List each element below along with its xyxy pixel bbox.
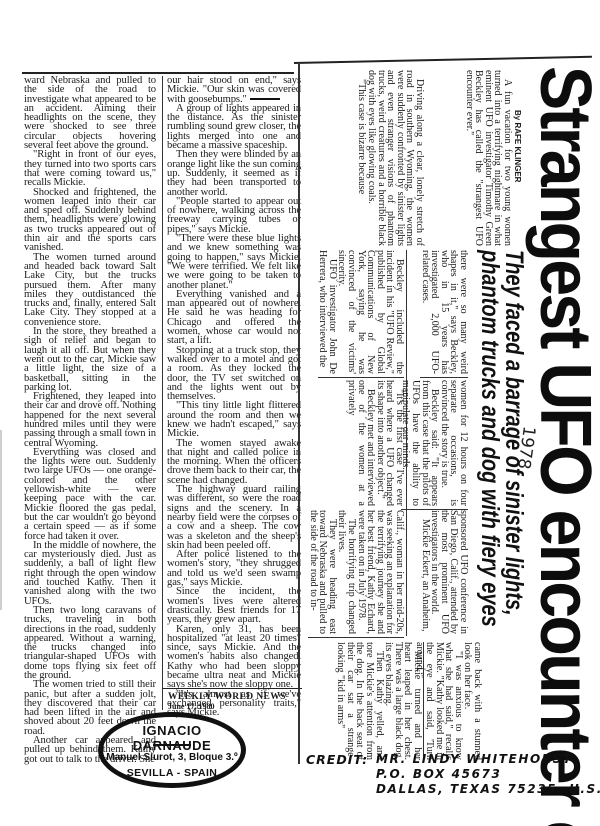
credit-line-name: MR. LINDY WHITEHORST (376, 752, 573, 766)
rotated-column-1-body: Driving along a clear, lonely stretch of… (357, 70, 424, 246)
paragraph: The women stayed awake that night and ca… (167, 439, 301, 485)
ownership-stamp: IGNACIO DARNAUDE Manuel Siurot, 3, Bloqu… (98, 712, 246, 788)
paragraph: our hair stood on end," says Mickie. "Ou… (167, 76, 301, 104)
credit-line-pobox: P.O. BOX 45673 (376, 767, 501, 781)
paragraph: In the store, they breathed a sigh of re… (24, 327, 156, 392)
paragraph: They were heading east toward Nebraska a… (308, 510, 337, 634)
rotated-column-4-top: sponsored UFO conference in San Diego, C… (420, 510, 468, 634)
paragraph: Then two long caravans of trucks, travel… (24, 606, 156, 680)
headline-top-rule (294, 56, 592, 64)
column-separator (423, 642, 424, 760)
paragraph: The horrifying trip changed their lives. (337, 510, 356, 634)
paragraph: Frightened, they leaped into their car a… (24, 392, 156, 448)
paragraph: Driving along a clear, lonely stretch of… (366, 70, 424, 246)
stamp-address: Manuel Siurot, 3, Bloque 3.º (103, 752, 241, 763)
headline: Strangest UFO encounter ever (530, 66, 600, 701)
deck-line-2: phantom trucks and dog with fiery eyes (478, 250, 502, 666)
publication-footer: WEEKLY WORLD NEWS June 17, 1980 (162, 688, 302, 710)
paragraph: In the middle of nowhere, the car myster… (24, 541, 156, 606)
paragraph: Beckley said: "It appears from this case… (401, 380, 439, 506)
paragraph: Mickie turned and her heart leaped in he… (384, 642, 422, 760)
deck-subheadline: They faced a barrage of sinister lights,… (478, 250, 526, 666)
rotated-column-5-bottom: Mickie turned and her heart leaped in he… (336, 642, 422, 760)
paragraph: The women turned around and headed back … (24, 253, 156, 327)
paragraph: Beckley met and interviewed one of the w… (346, 380, 375, 506)
rotated-column-3-top: women for 12 hours on four separate occa… (401, 380, 468, 510)
credit-line-city: DALLAS, TEXAS 75235. U.S. (376, 782, 600, 796)
paragraph: The highway guard railing was different,… (167, 485, 301, 550)
paragraph: Calif., woman in her mid-20s, was seekin… (356, 510, 404, 634)
paragraph: UFO investigator John De Herrera, who in… (318, 250, 337, 374)
paragraph: sponsored UFO conference in San Diego, C… (430, 510, 468, 634)
paragraph: "Right in front of our eyes, they turned… (24, 150, 156, 187)
paragraph: A fun vacation for two young women turne… (464, 70, 512, 246)
paragraph: "There were these blue lights and we kne… (167, 234, 301, 290)
rotated-column-3-bottom: "It's the first case I've ever heard whe… (346, 380, 404, 506)
paragraph: "This case is bizarre because (357, 70, 367, 246)
paragraph: Karen, only 31, has been hospitalized "a… (167, 625, 301, 690)
paragraph: Then Kathy yelled, and tore Mickie's att… (336, 642, 384, 760)
paragraph: "People started to appear out of nowhere… (167, 197, 301, 234)
stamp-divider (153, 744, 191, 746)
paragraph: came back with a stunned look on her fac… (463, 642, 482, 760)
rotated-column-5-top: came back with a stunned look on her fac… (415, 642, 482, 760)
paragraph: Shocked and frightened, the women leaped… (24, 188, 156, 253)
paragraph: there were so many weird shapes in it," … (420, 250, 468, 374)
paragraph: Then they were blinded by an orange ligh… (167, 150, 301, 196)
rotated-column-2-bottom: Beckley included the incident in his "UF… (318, 250, 404, 378)
credit-label: CREDIT: (306, 752, 368, 767)
paragraph: A group of lights appeared in the distan… (167, 104, 301, 150)
paragraph: Stopping at a truck stop, they walked ov… (167, 346, 301, 402)
rotated-bottom-rule (299, 64, 301, 764)
paragraph: women for 12 hours on four separate occa… (439, 380, 468, 506)
publication-date: June 17, 1980 (168, 702, 302, 711)
article-column-2: our hair stood on end," says Mickie. "Ou… (162, 76, 301, 690)
stamp-name: IGNACIO DARNAUDE (103, 723, 241, 753)
stamp-city: SEVILLA - SPAIN (103, 767, 241, 779)
scan-edge-shadow (0, 430, 2, 610)
article-column-1: ward Nebraska and pulled to the side of … (24, 76, 156, 764)
rotated-column-4-bottom: Calif., woman in her mid-20s, was seekin… (308, 510, 404, 638)
paragraph: Everything vanished and a man appeared o… (167, 290, 301, 346)
underline-mark (250, 98, 280, 100)
paragraph: ward Nebraska and pulled to the side of … (24, 76, 156, 150)
paragraph: "This tiny little light flittered around… (167, 401, 301, 438)
paragraph: Mickie Eckert, an Anaheim, (420, 510, 430, 634)
byline: By RAFE KLINGER (512, 70, 522, 246)
paragraph: "It's the first case I've ever heard whe… (375, 380, 404, 506)
rotated-column-2-top: there were so many weird shapes in it," … (420, 250, 468, 378)
paragraph: Beckley included the incident in his "UF… (337, 250, 404, 374)
publication-name: WEEKLY WORLD NEWS (168, 692, 302, 702)
paragraph-text: our hair stood on end," says Mickie. "Ou… (167, 75, 301, 105)
column-top-rule (22, 72, 294, 74)
rotated-column-1-intro: By RAFE KLINGER A fun vacation for two y… (464, 70, 522, 246)
rotated-article-block: Strangest UFO encounter ever 1978 They f… (300, 64, 600, 764)
deck-line-1: They faced a barrage of sinister lights, (502, 250, 526, 666)
paragraph: Everything was closed and the lights wer… (24, 448, 156, 541)
paragraph: Since the incident, the women's lives we… (167, 587, 301, 624)
paragraph: After police listened to the women's sto… (167, 550, 301, 587)
